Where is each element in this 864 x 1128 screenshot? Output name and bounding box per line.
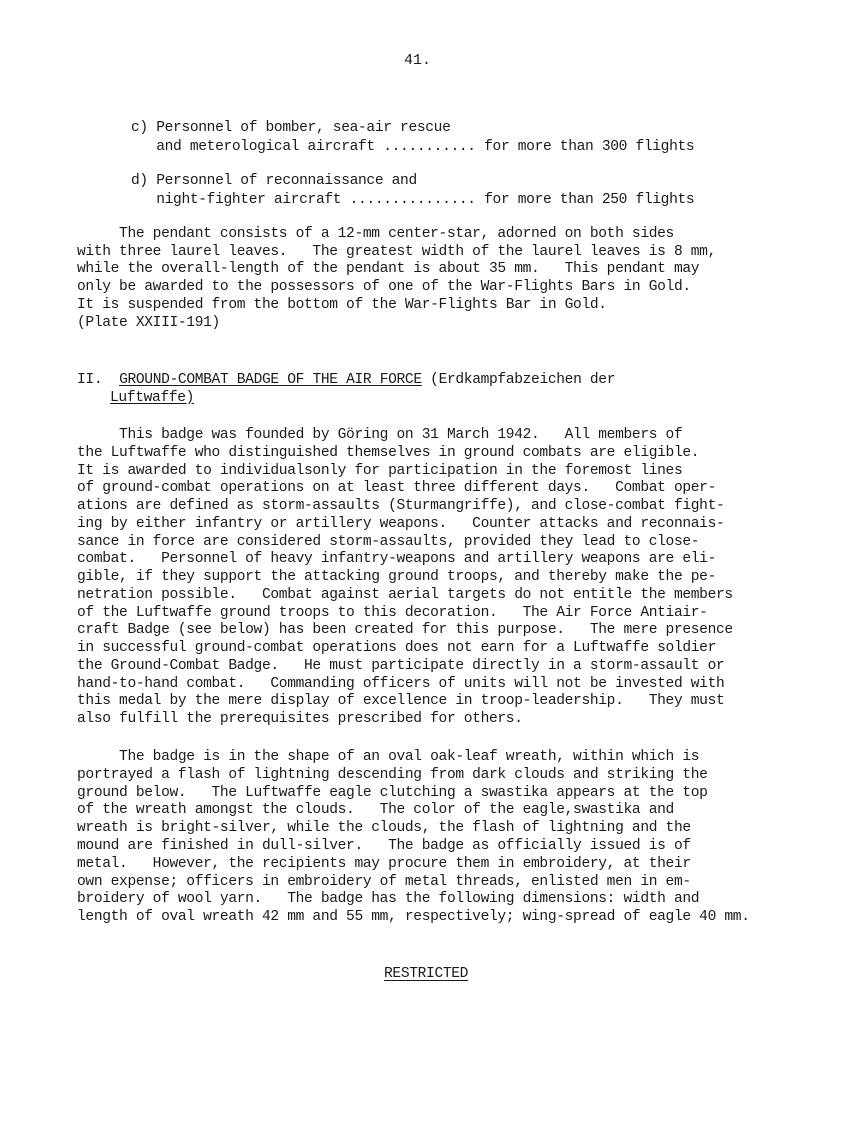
paragraph-line: It is suspended from the bottom of the W… bbox=[77, 296, 607, 314]
paragraph-line: of ground-combat operations on at least … bbox=[77, 479, 716, 497]
paragraph-line: also fulfill the prerequisites prescribe… bbox=[77, 710, 523, 728]
paragraph-line: sance in force are considered storm-assa… bbox=[77, 533, 699, 551]
paragraph-line: of the wreath amongst the clouds. The co… bbox=[77, 801, 674, 819]
paragraph-line: The pendant consists of a 12-mm center-s… bbox=[77, 225, 674, 243]
paragraph-line: with three laurel leaves. The greatest w… bbox=[77, 243, 716, 261]
paragraph-line: This badge was founded by Göring on 31 M… bbox=[77, 426, 682, 444]
paragraph-line: ations are defined as storm-assaults (St… bbox=[77, 497, 724, 515]
section-title-german: (Erdkampfabzeichen der bbox=[422, 372, 615, 388]
paragraph-line: in successful ground-combat operations d… bbox=[77, 639, 716, 657]
list-item-line: c) Personnel of bomber, sea-air rescue bbox=[131, 119, 451, 137]
paragraph-line: combat. Personnel of heavy infantry-weap… bbox=[77, 550, 716, 568]
paragraph-line: metal. However, the recipients may procu… bbox=[77, 855, 691, 873]
paragraph-line: The badge is in the shape of an oval oak… bbox=[77, 748, 699, 766]
section-number: II. bbox=[77, 372, 102, 388]
paragraph-line: the Ground-Combat Badge. He must partici… bbox=[77, 657, 724, 675]
paragraph-line: ground below. The Luftwaffe eagle clutch… bbox=[77, 784, 708, 802]
page-number: 41. bbox=[404, 52, 431, 69]
list-item-line: d) Personnel of reconnaissance and bbox=[131, 172, 417, 190]
paragraph-line: gible, if they support the attacking gro… bbox=[77, 568, 716, 586]
list-item-line: and meterological aircraft ........... f… bbox=[131, 138, 694, 156]
section-heading-continued: Luftwaffe) bbox=[110, 389, 194, 407]
paragraph-line: while the overall-length of the pendant … bbox=[77, 260, 699, 278]
paragraph-line: own expense; officers in embroidery of m… bbox=[77, 873, 691, 891]
paragraph-line: netration possible. Combat against aeria… bbox=[77, 586, 733, 604]
paragraph-line: It is awarded to individualsonly for par… bbox=[77, 462, 682, 480]
list-item-line: night-fighter aircraft ............... f… bbox=[131, 191, 694, 209]
section-title: GROUND-COMBAT BADGE OF THE AIR FORCE bbox=[119, 372, 422, 388]
paragraph-line: the Luftwaffe who distinguished themselv… bbox=[77, 444, 699, 462]
paragraph-line: only be awarded to the possessors of one… bbox=[77, 278, 691, 296]
paragraph-line: hand-to-hand combat. Commanding officers… bbox=[77, 675, 724, 693]
paragraph-line: mound are finished in dull-silver. The b… bbox=[77, 837, 691, 855]
paragraph-line: craft Badge (see below) has been created… bbox=[77, 621, 733, 639]
paragraph-line: broidery of wool yarn. The badge has the… bbox=[77, 890, 699, 908]
paragraph-line: length of oval wreath 42 mm and 55 mm, r… bbox=[77, 908, 750, 926]
section-heading: II. GROUND-COMBAT BADGE OF THE AIR FORCE… bbox=[77, 371, 615, 389]
paragraph-line: portrayed a flash of lightning descendin… bbox=[77, 766, 708, 784]
document-page: 41. c) Personnel of bomber, sea-air resc… bbox=[0, 0, 864, 1128]
paragraph-line: ing by either infantry or artillery weap… bbox=[77, 515, 724, 533]
paragraph-line: this medal by the mere display of excell… bbox=[77, 692, 724, 710]
paragraph-line: (Plate XXIII-191) bbox=[77, 314, 220, 332]
section-title-german-end: Luftwaffe) bbox=[110, 390, 194, 406]
paragraph-line: wreath is bright-silver, while the cloud… bbox=[77, 819, 691, 837]
classification-footer: RESTRICTED bbox=[384, 966, 468, 982]
paragraph-line: of the Luftwaffe ground troops to this d… bbox=[77, 604, 708, 622]
